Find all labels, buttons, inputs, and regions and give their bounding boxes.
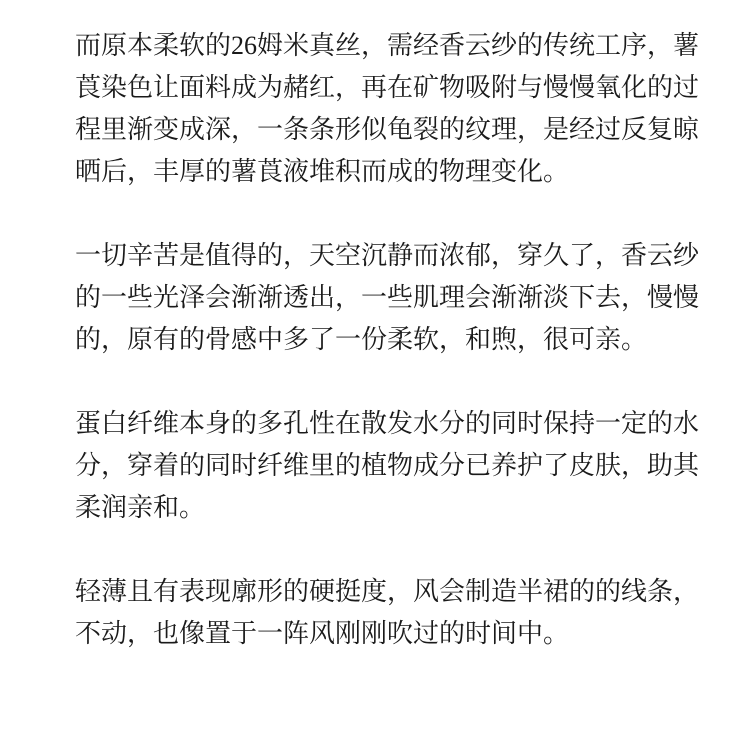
text-line: 的，原有的骨感中多了一份柔软，和煦，很可亲。 xyxy=(75,319,710,361)
paragraph-wearing-experience: 一切辛苦是值得的，天空沉静而浓郁，穿久了，香云纱 的一些光泽会渐渐透出，一些肌理… xyxy=(75,235,710,361)
text-line: 蛋白纤维本身的多孔性在散发水分的同时保持一定的水 xyxy=(75,403,710,445)
paragraph-silhouette: 轻薄且有表现廓形的硬挺度，风会制造半裙的的线条， 不动，也像置于一阵风刚刚吹过的… xyxy=(75,571,710,655)
text-line: 分，穿着的同时纤维里的植物成分已养护了皮肤，助其 xyxy=(75,445,710,487)
text-line: 晒后，丰厚的薯莨液堆积而成的物理变化。 xyxy=(75,151,710,193)
text-line: 一切辛苦是值得的，天空沉静而浓郁，穿久了，香云纱 xyxy=(75,235,710,277)
paragraph-fiber-properties: 蛋白纤维本身的多孔性在散发水分的同时保持一定的水 分，穿着的同时纤维里的植物成分… xyxy=(75,403,710,529)
text-line: 莨染色让面料成为赭红，再在矿物吸附与慢慢氧化的过 xyxy=(75,67,710,109)
paragraph-dye-process: 而原本柔软的26姆米真丝，需经香云纱的传统工序，薯 莨染色让面料成为赭红，再在矿… xyxy=(75,25,710,193)
text-line: 程里渐变成深，一条条形似龟裂的纹理，是经过反复晾 xyxy=(75,109,710,151)
text-line: 的一些光泽会渐渐透出，一些肌理会渐渐淡下去，慢慢 xyxy=(75,277,710,319)
text-line: 柔润亲和。 xyxy=(75,487,710,529)
text-page: 而原本柔软的26姆米真丝，需经香云纱的传统工序，薯 莨染色让面料成为赭红，再在矿… xyxy=(0,0,750,738)
text-line: 不动，也像置于一阵风刚刚吹过的时间中。 xyxy=(75,613,710,655)
text-line: 而原本柔软的26姆米真丝，需经香云纱的传统工序，薯 xyxy=(75,25,710,67)
text-line: 轻薄且有表现廓形的硬挺度，风会制造半裙的的线条， xyxy=(75,571,710,613)
